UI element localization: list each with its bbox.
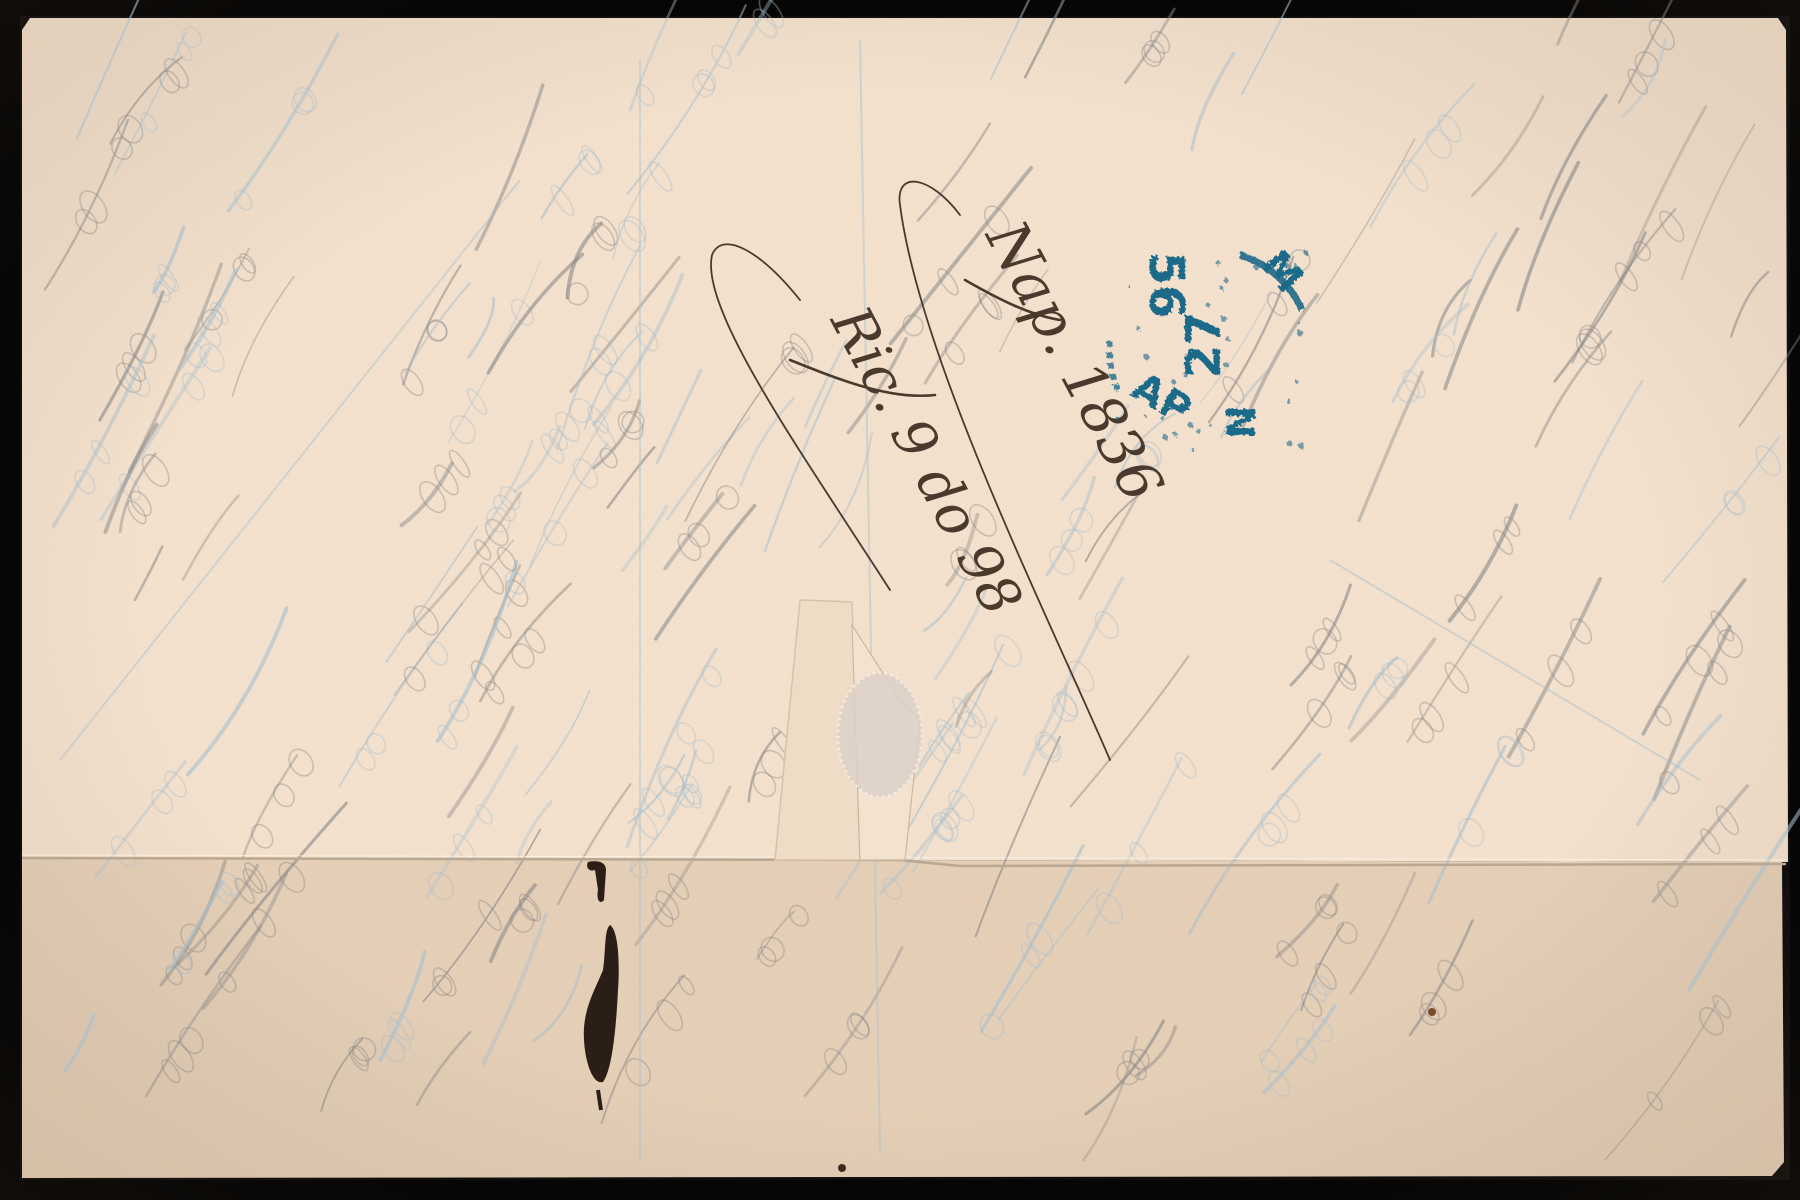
- svg-text:N: N: [1219, 405, 1265, 438]
- letter-canvas: Nap. 1836Ric. 9 do 98 M2756APN: [0, 0, 1800, 1200]
- svg-text:56: 56: [1138, 252, 1194, 319]
